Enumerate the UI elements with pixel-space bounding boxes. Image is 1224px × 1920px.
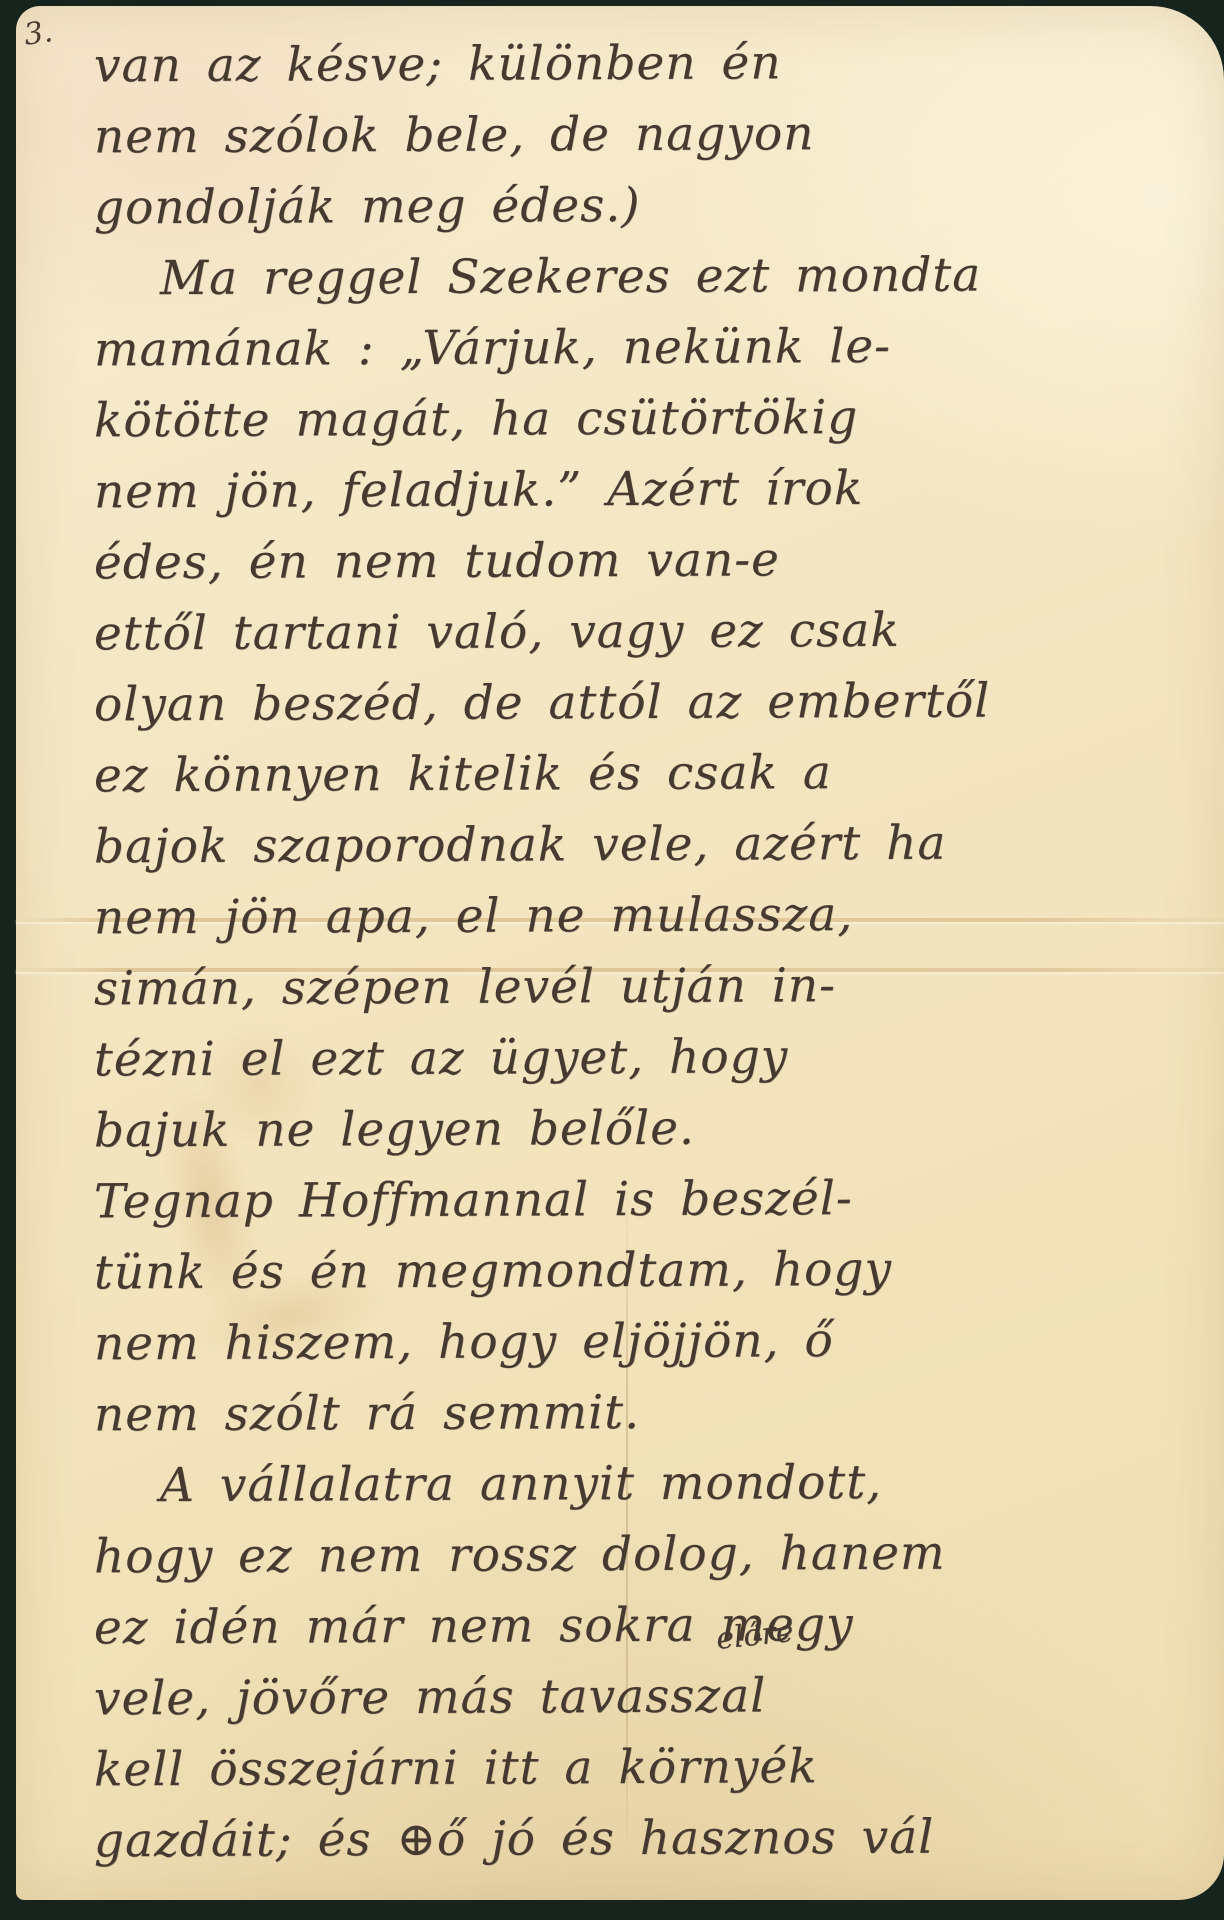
handwritten-line: nem szólt rá semmit. <box>94 1383 1198 1459</box>
handwritten-line: bajuk ne legyen belőle. <box>94 1099 1198 1175</box>
handwritten-line: A vállalatra annyit mondott, <box>94 1454 1198 1530</box>
handwritten-line: vele, jövőre más tavasszal <box>94 1667 1198 1743</box>
handwritten-line: nem jön, feladjuk.” Azért írok <box>94 460 1198 536</box>
handwritten-line: Tegnap Hoffmannal is beszél- <box>94 1170 1198 1246</box>
handwritten-line: nem szólok bele, de nagyon <box>94 105 1198 181</box>
handwritten-line: kötötte magát, ha csütörtökig <box>94 389 1198 465</box>
handwritten-line: simán, szépen levél utján in- <box>94 957 1198 1033</box>
handwritten-line: Ma reggel Szekeres ezt mondta <box>94 247 1198 323</box>
handwritten-line: olyan beszéd, de attól az embertől <box>94 673 1198 749</box>
handwritten-line: gondolják meg édes.) <box>94 176 1198 252</box>
handwritten-line: bajok szaporodnak vele, azért ha <box>94 815 1198 891</box>
handwritten-line: nem hiszem, hogy eljöjjön, ő <box>94 1312 1198 1388</box>
handwritten-line: tézni el ezt az ügyet, hogy <box>94 1028 1198 1104</box>
handwritten-line: ez idén már nem sokra megy <box>94 1596 1198 1672</box>
handwritten-line: hogy ez nem rossz dolog, hanem <box>94 1525 1198 1601</box>
handwritten-line: kell összejárni itt a környék <box>94 1738 1198 1814</box>
handwritten-line: mamának : „Várjuk, nekünk le- <box>94 318 1198 394</box>
handwritten-line: nem jön apa, el ne mulassza, <box>94 886 1198 962</box>
handwritten-line: van az késve; különben én <box>94 34 1198 110</box>
letter-paper: 3. van az késve; különben énnem szólok b… <box>16 6 1224 1900</box>
handwritten-line: gazdáit; és ⊕ő jó és hasznos vál <box>94 1809 1198 1885</box>
handwritten-line: édes, én nem tudom van-e <box>94 531 1198 607</box>
handwritten-letter-body: van az késve; különben énnem szólok bele… <box>16 36 1224 1900</box>
handwritten-line: ettől tartani való, vagy ez csak <box>94 602 1198 678</box>
scanned-letter-page: 3. van az késve; különben énnem szólok b… <box>0 0 1224 1920</box>
handwritten-line: tünk és én megmondtam, hogy <box>94 1241 1198 1317</box>
handwritten-line: ez könnyen kitelik és csak a <box>94 744 1198 820</box>
